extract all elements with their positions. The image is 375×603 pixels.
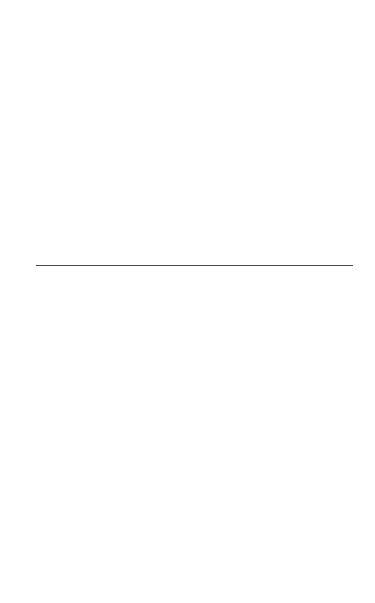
divider-top: [36, 265, 353, 266]
copyright-page: [0, 0, 375, 603]
